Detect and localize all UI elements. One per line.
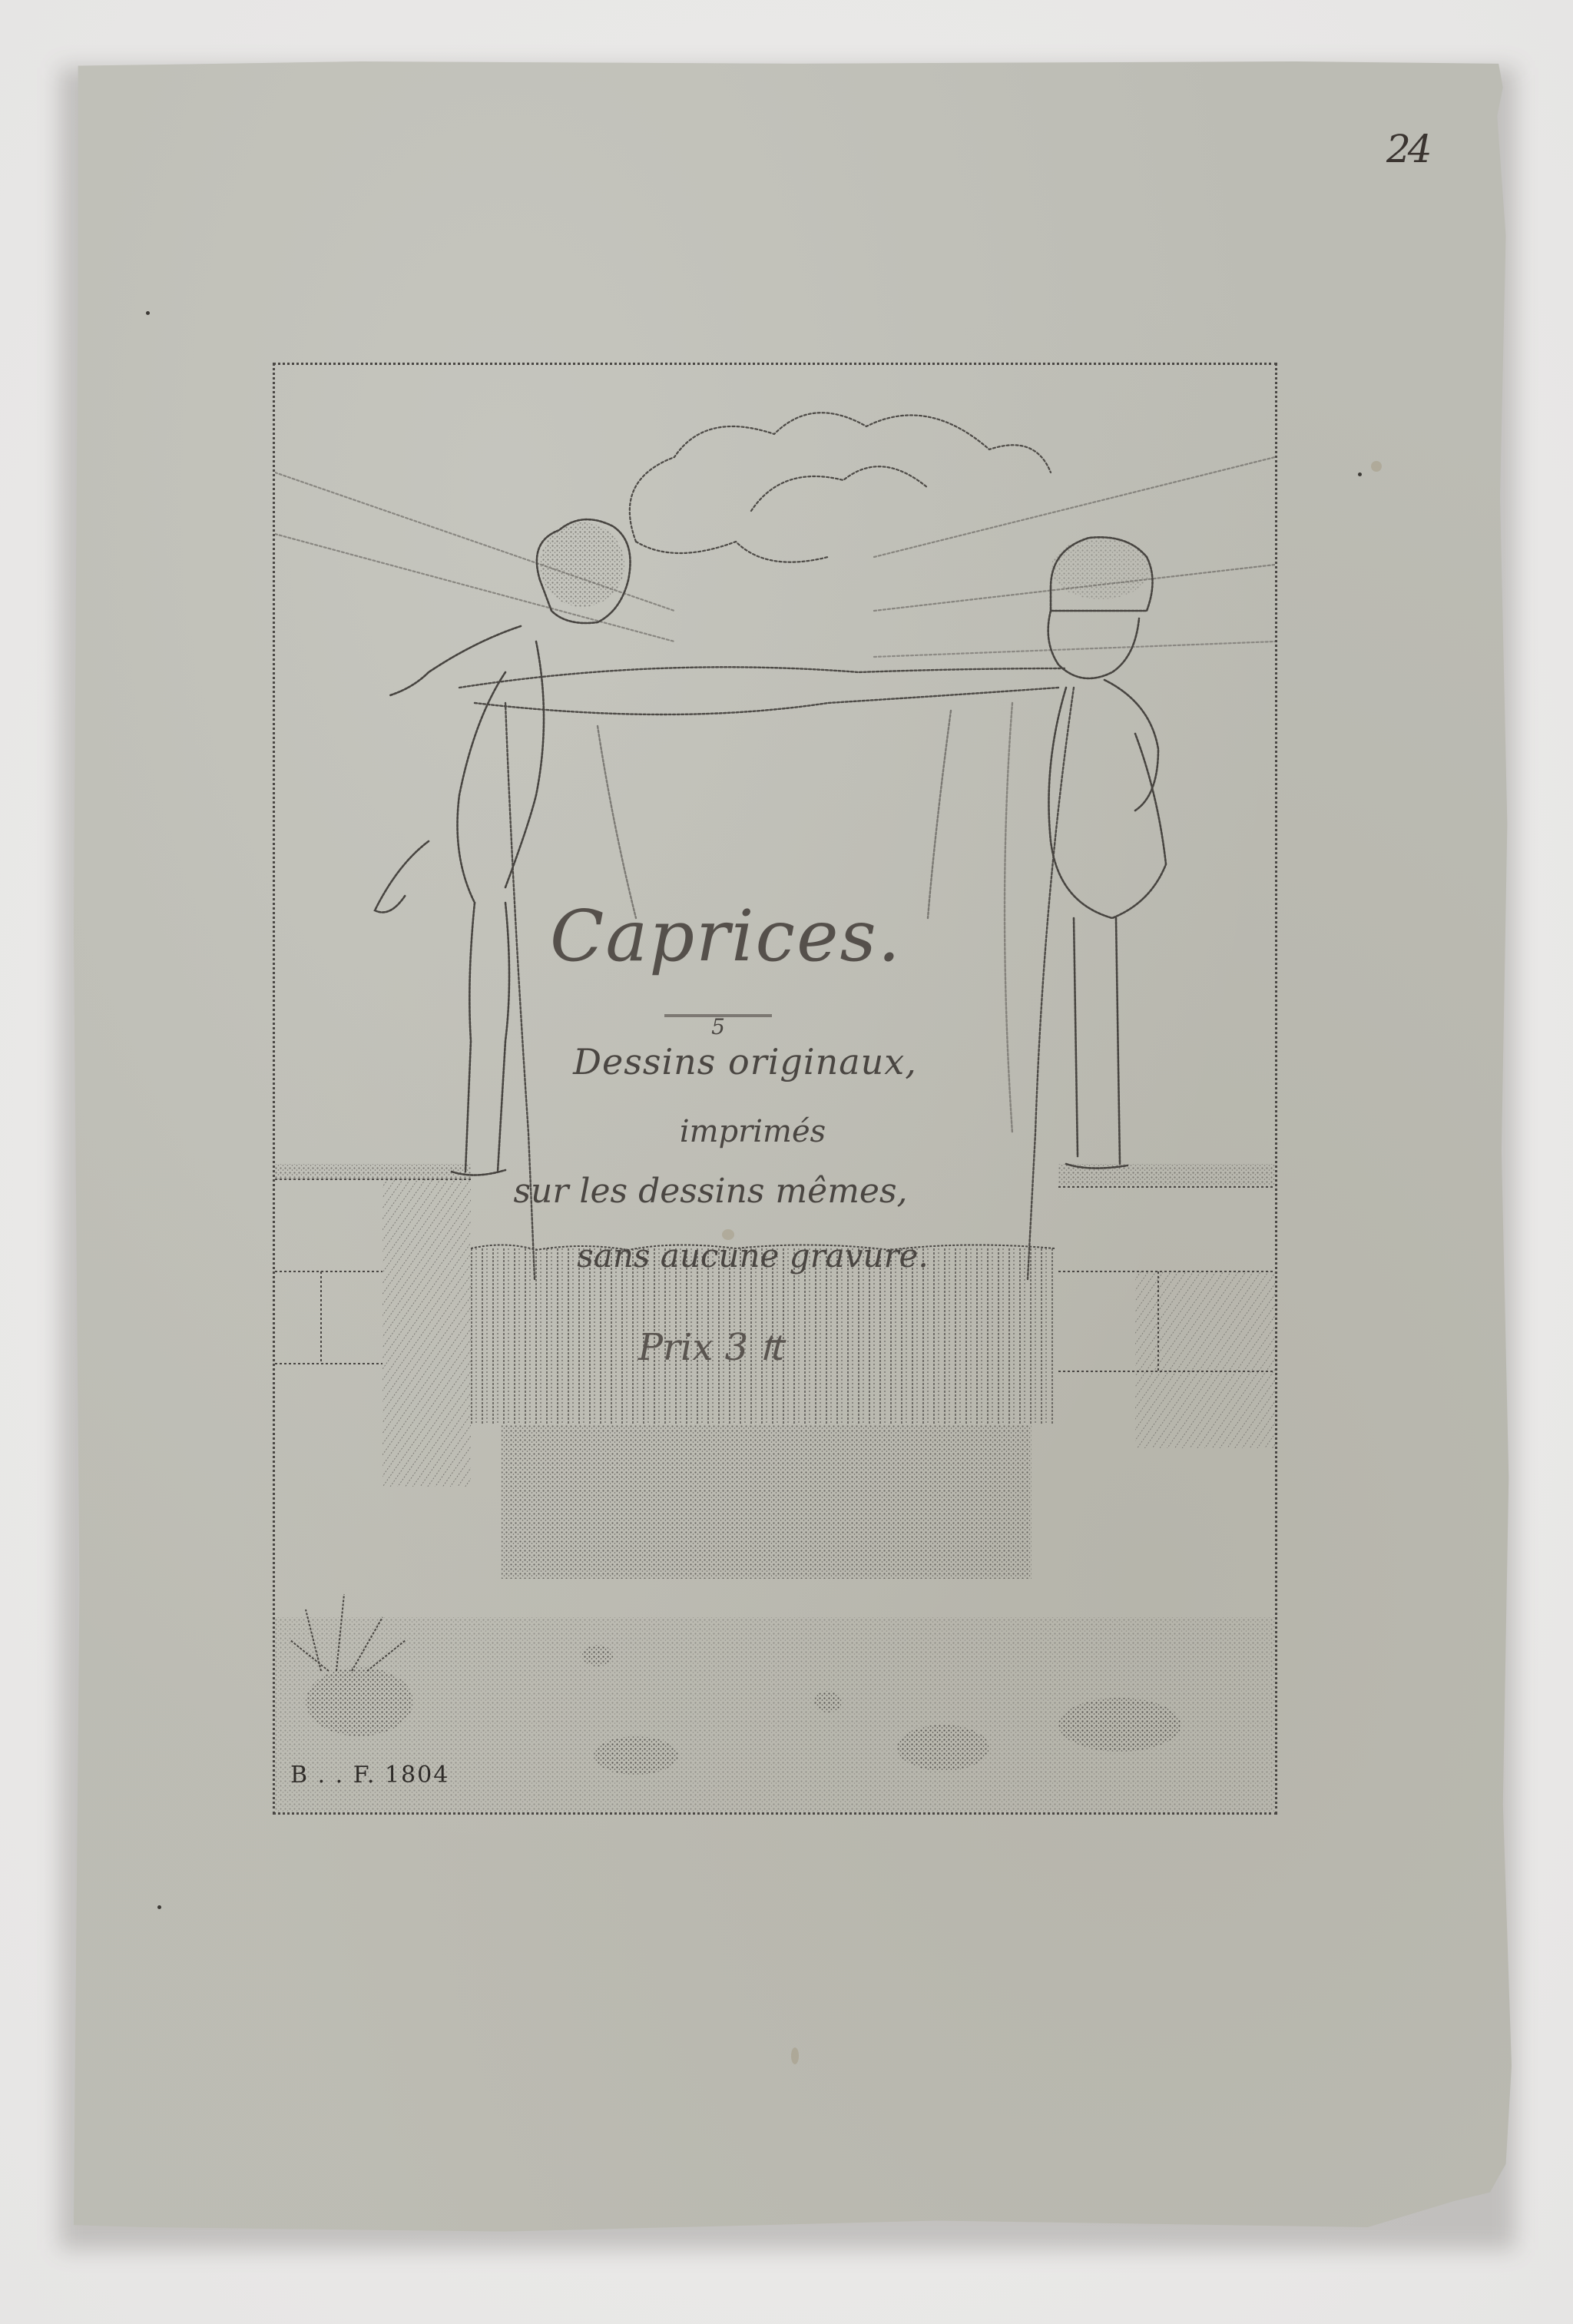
title-caprices: Caprices. (461, 895, 1045, 977)
subtitle-line-2: imprimés (461, 1114, 1045, 1149)
speck (146, 311, 150, 315)
lithograph-plate (273, 363, 1277, 1815)
price-inscription: Prix 3 ₶ (461, 1321, 1045, 1371)
subtitle-line-1: Dessins originaux, (461, 1041, 1045, 1082)
subtitle-line-4: sans aucune gravure. (461, 1237, 1045, 1275)
page-number: 24 (1386, 127, 1429, 171)
drawing-count: 5 (461, 1014, 1045, 1039)
speck (1358, 472, 1362, 476)
foxing-spot (1371, 461, 1382, 472)
subtitle-line-3: sur les dessins mêmes, (461, 1172, 1045, 1211)
speck (157, 1905, 161, 1909)
artist-signature: B . . F. 1804 (290, 1762, 449, 1789)
foxing-spot (791, 2047, 799, 2064)
lithograph-drawing (275, 365, 1275, 1812)
